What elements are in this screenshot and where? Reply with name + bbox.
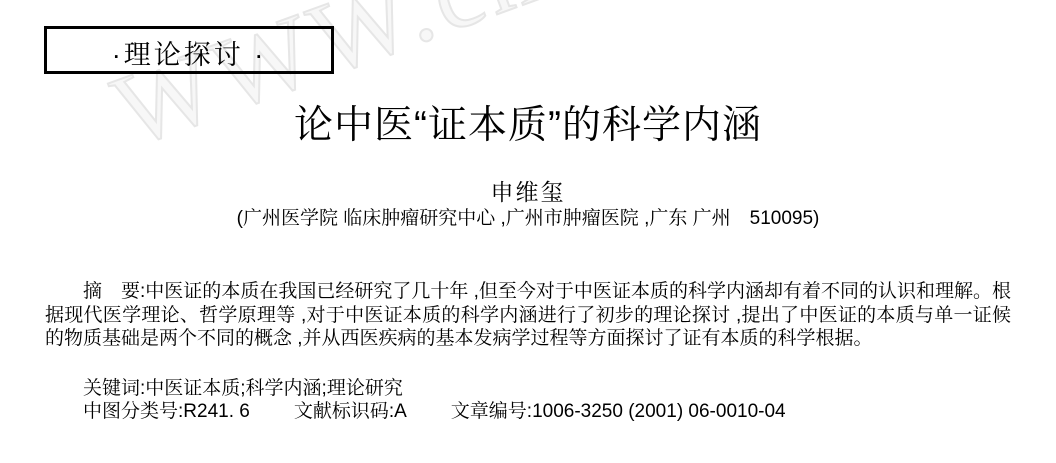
- abstract-paragraph: 摘 要:中医证的本质在我国已经研究了几十年 ,但至今对于中医证本质的科学内涵却有…: [45, 280, 1011, 351]
- doc-code-label: 文献标识码:: [294, 401, 394, 422]
- column-header-box: ·理论探讨 ·: [44, 26, 334, 74]
- keywords-label: 关键词:: [83, 378, 145, 399]
- article-id-label: 文章编号:: [451, 401, 532, 422]
- document-page: WWW.cnki ·理论探讨 · 论中医“证本质”的科学内涵 申维玺 (广州医学…: [0, 0, 1056, 463]
- keywords-line: 关键词:中医证本质;科学内涵;理论研究: [45, 377, 1011, 400]
- column-header-label: ·理论探讨 ·: [112, 33, 266, 72]
- abstract-text: 中医证的本质在我国已经研究了几十年 ,但至今对于中医证本质的科学内涵却有着不同的…: [45, 281, 1011, 349]
- clc-label: 中图分类号:: [83, 401, 183, 422]
- article-title: 论中医“证本质”的科学内涵: [0, 94, 1056, 150]
- article-id-value: 1006-3250 (2001) 06-0010-04: [532, 401, 786, 422]
- keywords-text: 中医证本质;科学内涵;理论研究: [145, 378, 403, 399]
- abstract-label: 摘 要:: [83, 281, 145, 302]
- page-content: ·理论探讨 · 论中医“证本质”的科学内涵 申维玺 (广州医学院 临床肿瘤研究中…: [0, 0, 1056, 463]
- classification-line: 中图分类号:R241. 6文献标识码:A文章编号:1006-3250 (2001…: [45, 400, 1011, 423]
- clc-value: R241. 6: [183, 401, 250, 422]
- author-affiliation: (广州医学院 临床肿瘤研究中心 ,广州市肿瘤医院 ,广东 广州 510095): [0, 203, 1056, 230]
- doc-code-value: A: [394, 401, 407, 422]
